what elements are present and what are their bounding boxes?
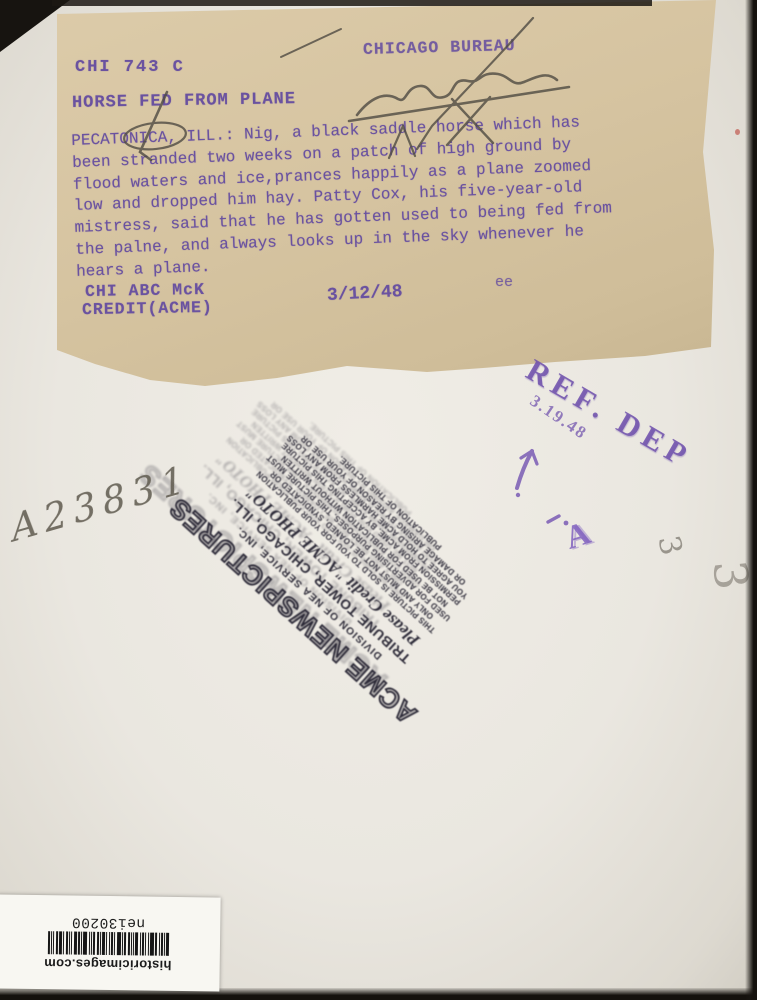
proof-initials: ee	[495, 274, 513, 291]
red-speck	[735, 129, 740, 135]
bureau-line: CHICAGO BUREAU	[363, 36, 516, 59]
vendor-website: historicimages.com	[44, 956, 172, 973]
purple-dash	[548, 516, 559, 522]
barcode	[35, 931, 181, 956]
vendor-barcode-sticker: historicimages.com nei30200	[0, 894, 221, 991]
catalog-number: nei30200	[71, 913, 145, 930]
photo-back-scan: CHI 743 C HORSE FED FROM PLANE CHICAGO B…	[0, 0, 757, 1000]
right-edge-shadow	[745, 0, 757, 1000]
ref-dept-stamp: REF. DEP 3.19.48	[508, 352, 698, 496]
pencil-numeral: 3	[650, 533, 688, 559]
purple-letter-annotation: A	[561, 515, 595, 558]
purple-arrow-head	[521, 451, 537, 464]
caption-headline: HORSE FED FROM PLANE	[72, 90, 296, 113]
purple-dot	[516, 493, 520, 497]
purple-arrow	[517, 451, 532, 488]
caption-slip: CHI 743 C HORSE FED FROM PLANE CHICAGO B…	[55, 0, 719, 392]
caption-date: 3/12/48	[327, 282, 404, 306]
index-number: CHI 743 C	[75, 58, 185, 77]
caption-text: PECATONICA, ILL.: Nig, a black saddle ho…	[71, 108, 696, 283]
acme-stamp: ACME NEWSPICTURES DIVISION OF NEA SERVIC…	[142, 372, 535, 749]
top-edge-shadow	[52, 0, 652, 6]
sticker-content: historicimages.com nei30200	[0, 894, 221, 991]
filing-number: A23831	[8, 457, 195, 551]
credit-line: CREDIT(ACME)	[82, 298, 213, 319]
